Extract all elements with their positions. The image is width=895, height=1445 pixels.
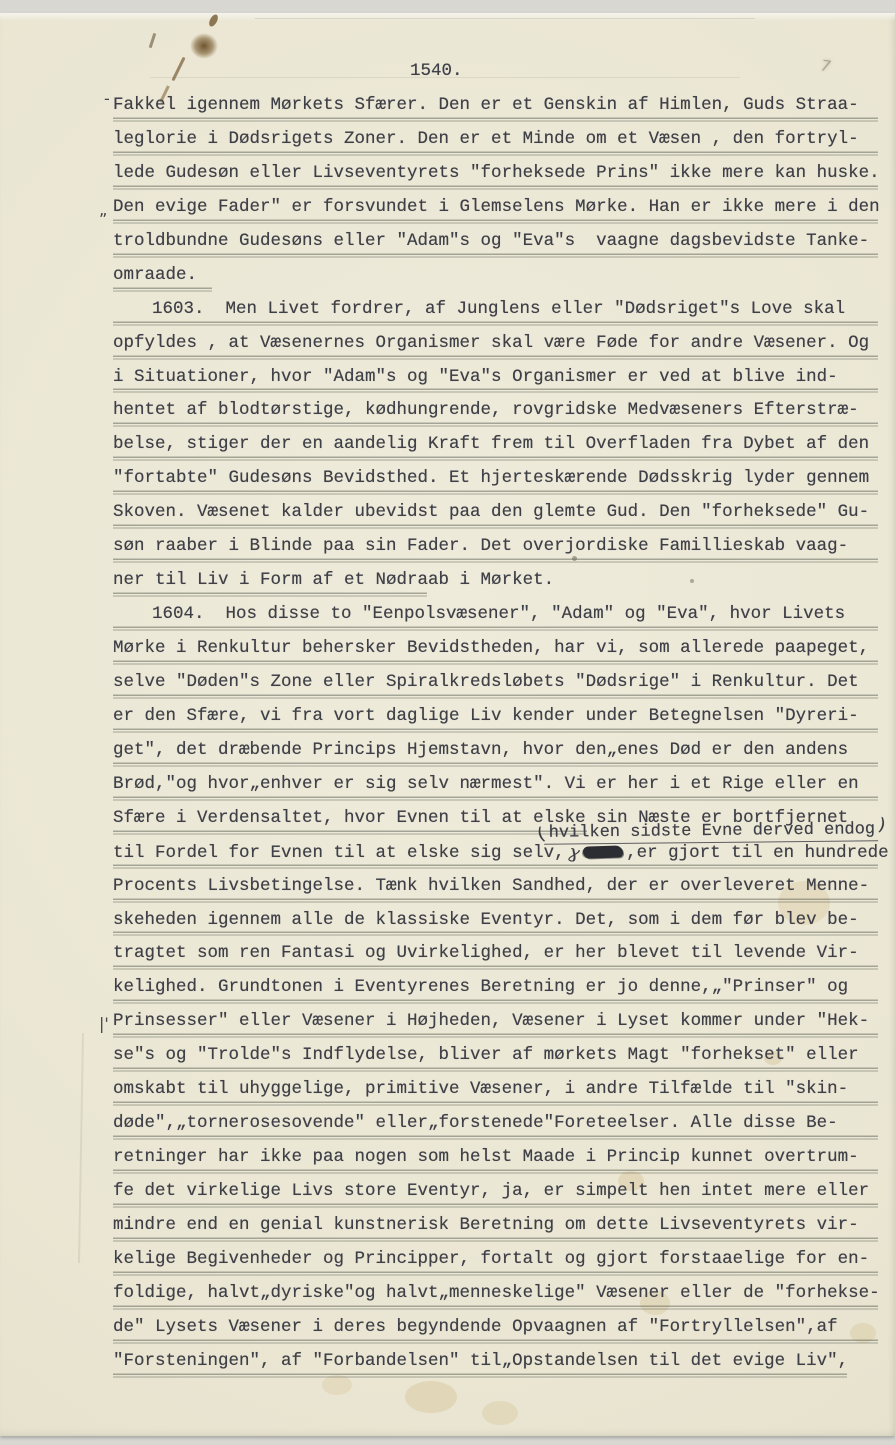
line-text: Skoven. Væsenet kalder ubevidst paa den … [113, 497, 878, 528]
scratch-streak [255, 18, 755, 19]
typewritten-line: get", det dræbende Princips Hjemstavn, h… [113, 735, 878, 769]
line-text: opfyldes , at Væsenernes Organismer skal… [113, 328, 878, 359]
typewritten-line: -Fakkel igennem Mørkets Sfærer. Den er e… [113, 90, 878, 124]
paper-stain [482, 1401, 518, 1425]
typewritten-line: i Situationer, hvor "Adam"s og "Eva"s Or… [113, 362, 878, 396]
page-number: 1540. [113, 56, 878, 90]
typewritten-line: Mørke i Renkultur behersker Bevidstheden… [113, 633, 878, 667]
typewritten-line: 1604. Hos disse to "Eenpolsvæsener", "Ad… [113, 599, 878, 633]
typewritten-line: foldige, halvt„dyriske"og halvt„menneske… [113, 1278, 878, 1312]
line-text: kelige Begivenheder og Principper, forta… [113, 1244, 878, 1275]
typewritten-line: omskabt til uhyggelige, primitive Væsene… [113, 1074, 878, 1108]
pen-slash-mark [149, 33, 156, 48]
typewritten-line: til Fordel for Evnen til at elske sig se… [113, 837, 878, 871]
line-text: Procents Livsbetingelse. Tænk hvilken Sa… [113, 871, 878, 902]
insertion-text: hvilken sidste Evne derved endog [544, 820, 879, 845]
typewritten-line: "Forsteningen", af "Forbandelsen" til„Op… [113, 1346, 878, 1380]
typewritten-line: 1603. Men Livet fordrer, af Junglens ell… [113, 294, 878, 328]
typewritten-line: "fortabte" Gudesøns Bevidsthed. Et hjert… [113, 463, 878, 497]
typewritten-line: fe det virkelige Livs store Eventyr, ja,… [113, 1176, 878, 1210]
insertion-close-paren: ) [877, 814, 887, 835]
typewritten-line: kelighed. Grundtonen i Eventyrenes Beret… [113, 972, 878, 1006]
line-text: 1603. Men Livet fordrer, af Junglens ell… [113, 294, 878, 325]
line-text: Prinsesser" eller Væsener i Højheden, Væ… [113, 1006, 878, 1037]
line-text: "Forsteningen", af "Forbandelsen" til„Op… [113, 1346, 878, 1377]
handwritten-margin-mark: „ [99, 202, 107, 218]
typewritten-line: Procents Livsbetingelse. Tænk hvilken Sa… [113, 871, 878, 905]
typewritten-line: omraade. [113, 260, 878, 294]
line-text: hentet af blodtørstige, kødhungrende, ro… [113, 395, 878, 426]
line-text: leglorie i Dødsrigets Zoner. Den er et M… [113, 124, 878, 155]
typewritten-line: søn raaber i Blinde paa sin Fader. Det o… [113, 531, 878, 565]
typewritten-line: selve "Døden"s Zone eller Spiralkredsløb… [113, 667, 878, 701]
line-text: de" Lysets Væsener i deres begyndende Op… [113, 1312, 878, 1343]
line-text: 1604. Hos disse to "Eenpolsvæsener", "Ad… [113, 599, 878, 630]
line-text: get", det dræbende Princips Hjemstavn, h… [113, 735, 878, 766]
typewritten-line: skeheden igennem alle de klassiske Event… [113, 905, 878, 939]
ink-drip [207, 13, 219, 28]
typewritten-line: hentet af blodtørstige, kødhungrende, ro… [113, 395, 878, 429]
typewritten-line: er den Sfære, vi fra vort daglige Liv ke… [113, 701, 878, 735]
typewritten-line: se"s og "Trolde"s Indflydelse, bliver af… [113, 1040, 878, 1074]
paper-stain [405, 1381, 457, 1413]
scanned-page: 7 1540. -Fakkel igennem Mørkets Sfærer. … [0, 0, 895, 1445]
paper-crease [78, 1033, 84, 1263]
typewritten-line: belse, stiger der en aandelig Kraft frem… [113, 429, 878, 463]
typewritten-line: ner til Liv i Form af et Nødraab i Mørke… [113, 565, 878, 599]
line-text: troldbundne Gudesøns eller "Adam"s og "E… [113, 226, 878, 257]
handwritten-margin-mark: |' [99, 1016, 109, 1032]
typewritten-line: mindre end en genial kunstnerisk Beretni… [113, 1210, 878, 1244]
ink-scribble-redaction [583, 845, 623, 858]
paper-sheet: 7 1540. -Fakkel igennem Mørkets Sfærer. … [0, 13, 895, 1436]
typewritten-line: tragtet som ren Fantasi og Uvirkelighed,… [113, 938, 878, 972]
line-text: skeheden igennem alle de klassiske Event… [113, 905, 878, 936]
typewritten-line: kelige Begivenheder og Principper, forta… [113, 1244, 878, 1278]
typewritten-line: leglorie i Dødsrigets Zoner. Den er et M… [113, 124, 878, 158]
line-text: foldige, halvt„dyriske"og halvt„menneske… [113, 1278, 878, 1309]
page-content: 1540. -Fakkel igennem Mørkets Sfærer. De… [113, 56, 878, 1380]
line-text: kelighed. Grundtonen i Eventyrenes Beret… [113, 972, 878, 1003]
typewritten-line: de" Lysets Væsener i deres begyndende Op… [113, 1312, 878, 1346]
line-text: belse, stiger der en aandelig Kraft frem… [113, 429, 878, 460]
line-text: lede Gudesøn eller Livseventyrets "forhe… [113, 158, 878, 189]
handwritten-margin-mark: - [104, 91, 110, 107]
typewritten-line: |'Prinsesser" eller Væsener i Højheden, … [113, 1006, 878, 1040]
line-text: søn raaber i Blinde paa sin Fader. Det o… [113, 531, 878, 562]
typewritten-line: døde",„tornerosesovende" eller„forstened… [113, 1108, 878, 1142]
line-text: tragtet som ren Fantasi og Uvirkelighed,… [113, 938, 878, 969]
line-text: Brød,"og hvor„enhver er sig selv nærmest… [113, 769, 878, 800]
line-text: fe det virkelige Livs store Eventyr, ja,… [113, 1176, 878, 1207]
line-text: omskabt til uhyggelige, primitive Væsene… [113, 1074, 878, 1105]
typewritten-line: Skoven. Væsenet kalder ubevidst paa den … [113, 497, 878, 531]
typewritten-text-block: -Fakkel igennem Mørkets Sfærer. Den er e… [113, 90, 878, 1380]
typewritten-line: Brød,"og hvor„enhver er sig selv nærmest… [113, 769, 878, 803]
typewritten-line: opfyldes , at Væsenernes Organismer skal… [113, 328, 878, 362]
line-text: Fakkel igennem Mørkets Sfærer. Den er et… [113, 90, 878, 121]
line-text: er den Sfære, vi fra vort daglige Liv ke… [113, 701, 878, 732]
line-text: i Situationer, hvor "Adam"s og "Eva"s Or… [113, 362, 878, 393]
typewritten-line: lede Gudesøn eller Livseventyrets "forhe… [113, 158, 878, 192]
line-text: se"s og "Trolde"s Indflydelse, bliver af… [113, 1040, 878, 1071]
line-text: selve "Døden"s Zone eller Spiralkredsløb… [113, 667, 878, 698]
line-text: omraade. [113, 260, 878, 291]
line-text: retninger har ikke paa nogen som helst M… [113, 1142, 878, 1173]
line-text: mindre end en genial kunstnerisk Beretni… [113, 1210, 878, 1241]
line-text: Den evige Fader" er forsvundet i Glemsel… [113, 192, 878, 223]
line-text: døde",„tornerosesovende" eller„forstened… [113, 1108, 878, 1139]
line-text: ner til Liv i Form af et Nødraab i Mørke… [113, 565, 878, 596]
typewritten-line: retninger har ikke paa nogen som helst M… [113, 1142, 878, 1176]
line-text: "fortabte" Gudesøns Bevidsthed. Et hjert… [113, 463, 878, 494]
typewritten-line: troldbundne Gudesøns eller "Adam"s og "E… [113, 226, 878, 260]
line-text: Mørke i Renkultur behersker Bevidstheden… [113, 633, 878, 664]
typed-insertion-note: (hvilken sidste Evne derved endog) [537, 818, 885, 843]
typewritten-line: „Den evige Fader" er forsvundet i Glemse… [113, 192, 878, 226]
